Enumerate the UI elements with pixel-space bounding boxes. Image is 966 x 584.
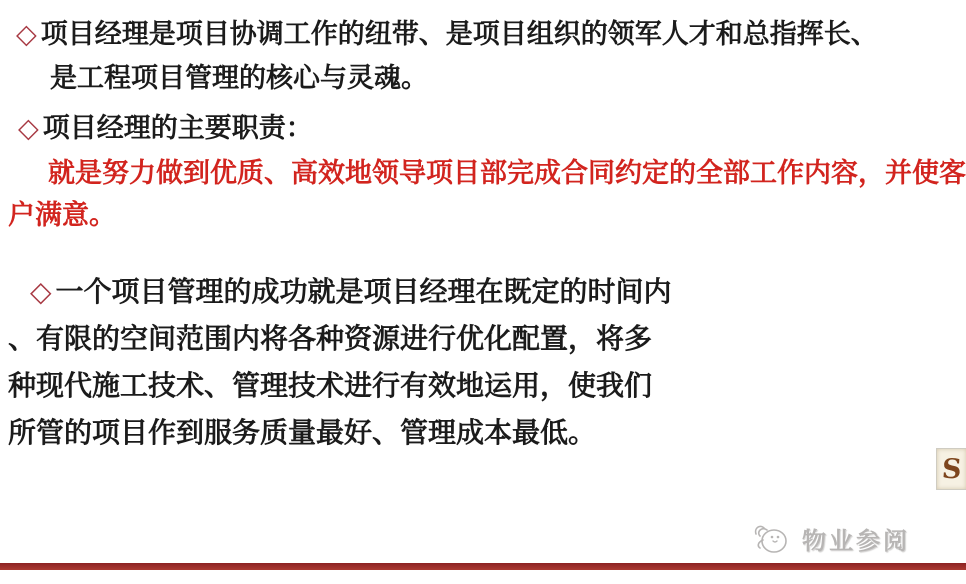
- paragraph3-line1: ◇一个项目管理的成功就是项目经理在既定的时间内: [30, 268, 672, 315]
- slide-page: { "bullet_char": "◇", "colors": { "text"…: [0, 0, 966, 584]
- diamond-bullet-icon: ◇: [16, 19, 37, 49]
- diamond-bullet-icon: ◇: [30, 276, 52, 307]
- paragraph-project-success: ◇一个项目管理的成功就是项目经理在既定的时间内 、有限的空间范围内将各种资源进行…: [8, 268, 672, 456]
- paragraph1-line1-text: 项目经理是项目协调工作的纽带、是项目组织的领军人才和总指挥长、: [41, 19, 878, 49]
- bottom-divider-bar: [0, 563, 966, 570]
- paragraph3-line3: 种现代施工技术、管理技术进行有效地运用，使我们: [8, 362, 672, 409]
- paragraph2-red-line2: 户满意。: [8, 194, 966, 236]
- paragraph3-line4: 所管的项目作到服务质量最好、管理成本最低。: [8, 409, 672, 456]
- s-letter: S: [941, 454, 963, 485]
- diamond-bullet-icon: ◇: [18, 113, 39, 143]
- paragraph1-line1: ◇项目经理是项目协调工作的纽带、是项目组织的领军人才和总指挥长、: [16, 12, 878, 56]
- paragraph1-line2: 是工程项目管理的核心与灵魂。: [50, 56, 878, 100]
- paragraph2-heading: ◇项目经理的主要职责：: [18, 106, 966, 150]
- paragraph3-line1-text: 一个项目管理的成功就是项目经理在既定的时间内: [56, 276, 672, 307]
- paragraph2-heading-text: 项目经理的主要职责：: [43, 113, 313, 143]
- paragraph3-line2: 、有限的空间范围内将各种资源进行优化配置，将多: [8, 315, 672, 362]
- watermark-label: 物业参阅: [802, 521, 910, 556]
- watermark: 物业参阅: [750, 520, 910, 556]
- s-logo-badge-icon: S: [936, 448, 966, 490]
- mascot-bird-icon: [750, 520, 794, 556]
- paragraph2-red-line1: 就是努力做到优质、高效地领导项目部完成合同约定的全部工作内容，并使客: [48, 152, 966, 194]
- paragraph-project-manager-role: ◇项目经理是项目协调工作的纽带、是项目组织的领军人才和总指挥长、 是工程项目管理…: [16, 12, 878, 100]
- paragraph-main-duties: ◇项目经理的主要职责： 就是努力做到优质、高效地领导项目部完成合同约定的全部工作…: [8, 106, 966, 236]
